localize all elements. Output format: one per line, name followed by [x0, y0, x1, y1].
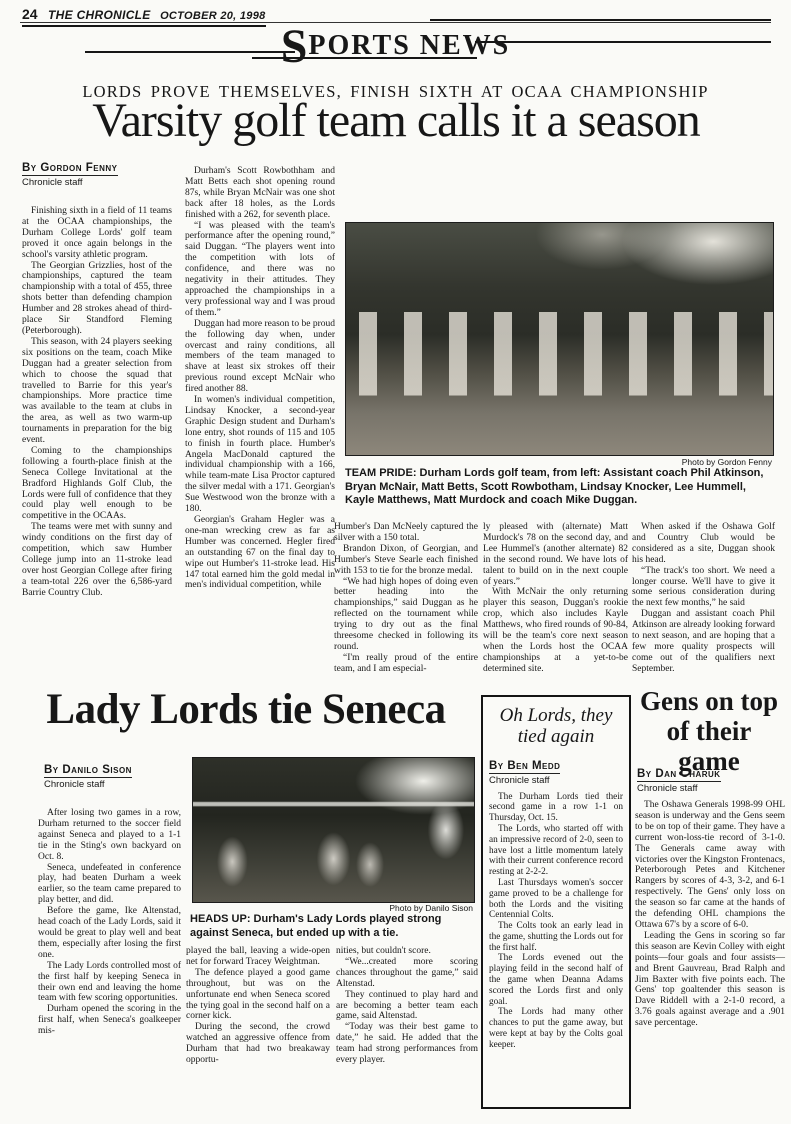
section-banner-initial: S [281, 20, 309, 73]
golf-column-3: Humber's Dan McNeely captured the silver… [334, 522, 478, 675]
lady-byline-role: Chronicle staff [44, 779, 184, 790]
masthead-date: OCTOBER 20, 1998 [160, 10, 265, 22]
banner-rule-under [252, 57, 477, 59]
golf-team-photo [345, 222, 774, 456]
ohlords-byline-block: By Ben Medd Chronicle staff [489, 756, 623, 786]
golf-headline: Varsity golf team calls it a season [16, 97, 776, 146]
golf-column-2: Durham's Scott Rowbothham and Matt Betts… [185, 166, 335, 690]
golf-column-1: Finishing sixth in a field of 11 teams a… [22, 206, 172, 690]
ohlords-box: Oh Lords, they tied again By Ben Medd Ch… [481, 695, 631, 1109]
ohlords-byline-role: Chronicle staff [489, 775, 623, 786]
ohlords-byline: By Ben Medd [489, 760, 560, 774]
banner-rule-right [475, 41, 771, 43]
lady-photo-credit: Photo by Danilo Sison [192, 903, 473, 913]
lady-headline: Lady Lords tie Seneca [14, 688, 478, 731]
gens-body: The Oshawa Generals 1998-99 OHL season i… [635, 800, 785, 1029]
lady-column-1: After losing two games in a row, Durham … [38, 808, 181, 1037]
golf-column-4: ly pleased with (alternate) Matt Murdock… [483, 522, 628, 675]
lady-byline-block: By Danilo Sison Chronicle staff [44, 760, 184, 790]
lady-column-3: nities, but couldn't score.“We...created… [336, 946, 478, 1066]
lady-byline: By Danilo Sison [44, 764, 132, 778]
golf-photo-credit: Photo by Gordon Fenny [345, 457, 772, 467]
section-banner: SPORTS NEWS [0, 23, 791, 71]
gens-byline: By Dan Charuk [637, 768, 721, 782]
newspaper-page: 24 THE CHRONICLE OCTOBER 20, 1998 SPORTS… [0, 0, 791, 1124]
golf-byline-block: By Gordon Fenny Chronicle staff [22, 158, 172, 188]
golf-byline: By Gordon Fenny [22, 162, 118, 176]
lady-photo-caption: HEADS UP: Durham's Lady Lords played str… [190, 913, 452, 940]
gens-byline-role: Chronicle staff [637, 783, 785, 794]
golf-photo-caption: TEAM PRIDE: Durham Lords golf team, from… [345, 467, 772, 508]
banner-rule-left [85, 51, 295, 53]
page-number: 24 [22, 6, 38, 22]
golf-byline-role: Chronicle staff [22, 177, 172, 188]
ohlords-headline: Oh Lords, they tied again [489, 705, 623, 748]
masthead-title: THE CHRONICLE [48, 8, 151, 22]
header-divider-2 [430, 19, 771, 21]
lady-column-2: played the ball, leaving a wide-open net… [186, 946, 330, 1066]
gens-byline-block: By Dan Charuk Chronicle staff [637, 764, 785, 794]
ohlords-body: The Durham Lords tied their second game … [489, 792, 623, 1051]
lady-soccer-photo [192, 757, 475, 903]
golf-column-5: When asked if the Oshawa Golf and Countr… [632, 522, 775, 675]
